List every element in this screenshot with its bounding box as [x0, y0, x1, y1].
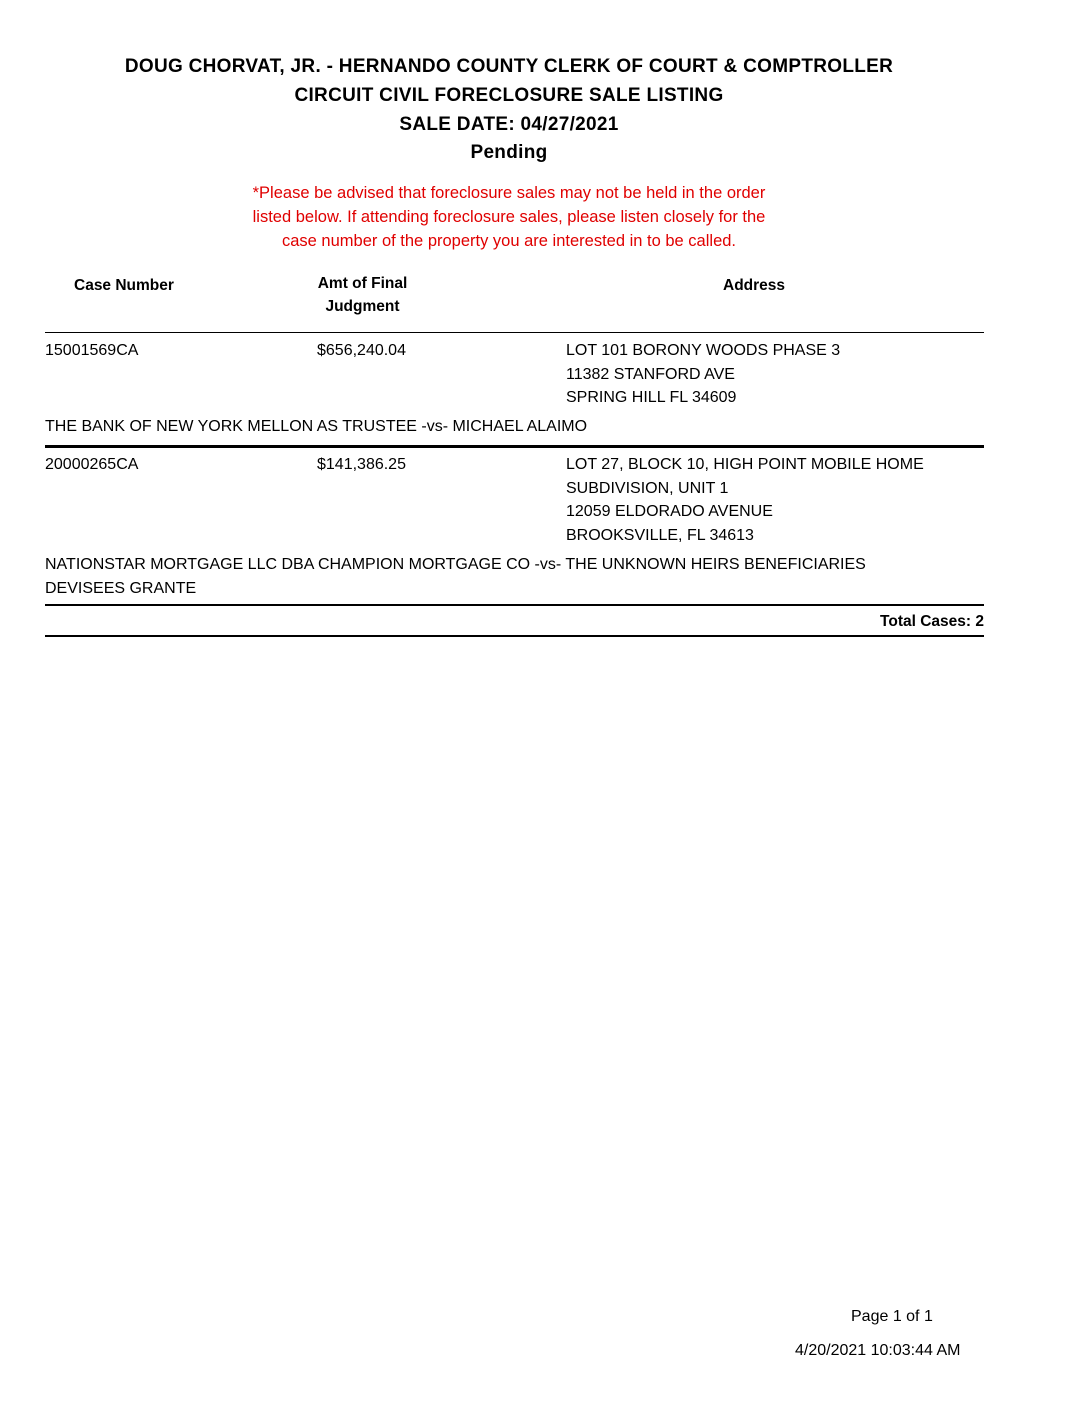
judgment-amount: $656,240.04	[317, 339, 406, 363]
table-end-divider	[45, 635, 984, 637]
case-number: 20000265CA	[45, 453, 138, 477]
address-line: BROOKSVILLE, FL 34613	[566, 524, 924, 548]
total-cases: Total Cases: 2	[880, 610, 984, 633]
parties-line: NATIONSTAR MORTGAGE LLC DBA CHAMPION MOR…	[45, 553, 866, 577]
column-header-case-number: Case Number	[74, 274, 174, 297]
address-line: SUBDIVISION, UNIT 1	[566, 477, 924, 501]
row-divider	[45, 445, 984, 448]
property-address: LOT 101 BORONY WOODS PHASE 3 11382 STANF…	[566, 339, 840, 410]
notice-line: case number of the property you are inte…	[0, 229, 1018, 253]
parties-line: THE BANK OF NEW YORK MELLON AS TRUSTEE -…	[45, 415, 587, 439]
address-line: SPRING HILL FL 34609	[566, 386, 840, 410]
column-header-amount-line2: Judgment	[300, 295, 425, 318]
header-divider	[45, 332, 984, 333]
column-header-address: Address	[723, 274, 785, 297]
notice-line: *Please be advised that foreclosure sale…	[0, 181, 1018, 205]
judgment-amount: $141,386.25	[317, 453, 406, 477]
column-header-amount-line1: Amt of Final	[300, 272, 425, 295]
address-line: LOT 101 BORONY WOODS PHASE 3	[566, 339, 840, 363]
address-line: 11382 STANFORD AVE	[566, 363, 840, 387]
row-divider	[45, 604, 984, 606]
column-header-amount: Amt of Final Judgment	[300, 272, 425, 318]
parties-line: DEVISEES GRANTE	[45, 577, 866, 601]
address-line: 12059 ELDORADO AVENUE	[566, 500, 924, 524]
status-label: Pending	[0, 142, 1018, 164]
notice-line: listed below. If attending foreclosure s…	[0, 205, 1018, 229]
case-number: 15001569CA	[45, 339, 138, 363]
listing-title: CIRCUIT CIVIL FORECLOSURE SALE LISTING	[0, 85, 1018, 107]
page-number: Page 1 of 1	[851, 1308, 933, 1326]
sale-order-notice: *Please be advised that foreclosure sale…	[0, 181, 1018, 253]
address-line: LOT 27, BLOCK 10, HIGH POINT MOBILE HOME	[566, 453, 924, 477]
case-parties: NATIONSTAR MORTGAGE LLC DBA CHAMPION MOR…	[45, 553, 866, 600]
case-parties: THE BANK OF NEW YORK MELLON AS TRUSTEE -…	[45, 415, 587, 439]
clerk-title: DOUG CHORVAT, JR. - HERNANDO COUNTY CLER…	[0, 56, 1018, 78]
sale-date: SALE DATE: 04/27/2021	[0, 114, 1018, 136]
generated-timestamp: 4/20/2021 10:03:44 AM	[795, 1342, 960, 1360]
property-address: LOT 27, BLOCK 10, HIGH POINT MOBILE HOME…	[566, 453, 924, 547]
